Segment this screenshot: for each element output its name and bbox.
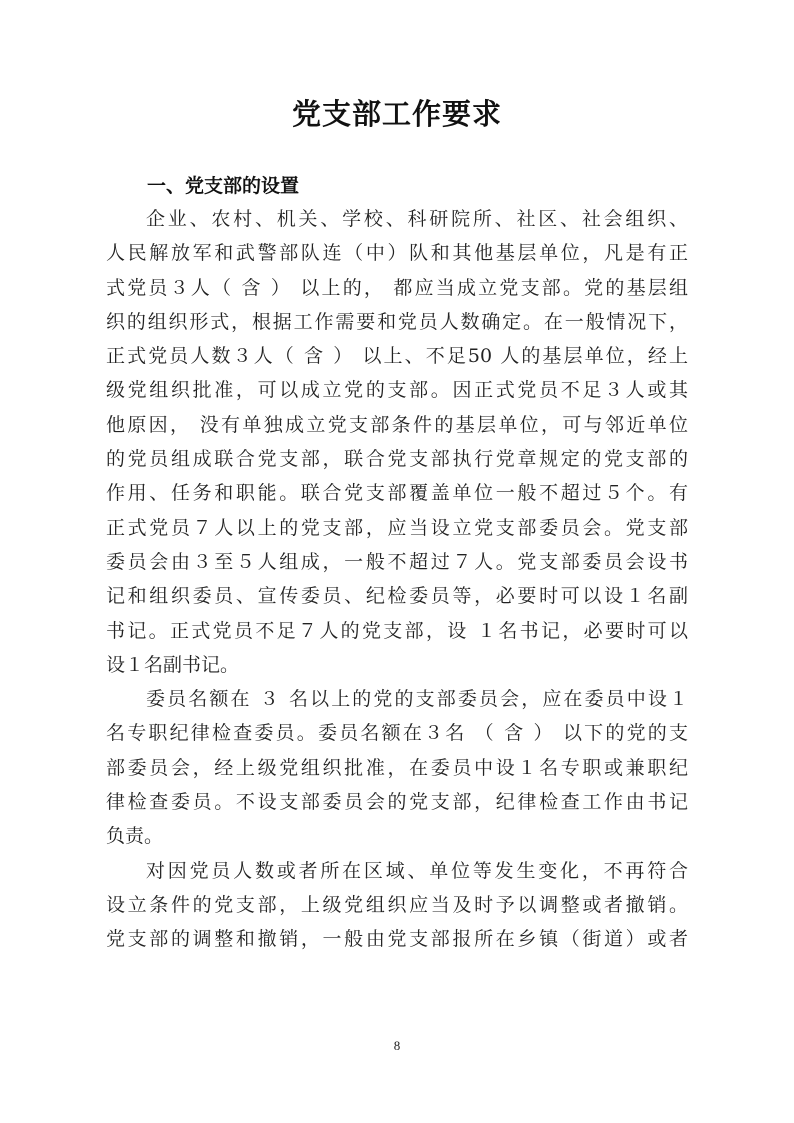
body-line: 级党组织批准，可以成立党的支部。因正式党员不足３人或其 [106,373,688,407]
body-line: 委员名额在 ３ 名以上的党的支部委员会，应在委员中设１ [106,682,688,716]
body-line: 的党员组成联合党支部，联合党支部执行党章规定的党支部的 [106,442,688,476]
body-line: 人民解放军和武警部队连（中）队和其他基层单位，凡是有正 [106,236,688,270]
page-title: 党支部工作要求 [0,92,794,133]
document-body: 企业、农村、机关、学校、科研院所、社区、社会组织、 人民解放军和武警部队连（中）… [106,202,688,957]
page-number: 8 [0,1038,794,1054]
section-heading: 一、党支部的设置 [147,171,299,198]
body-line: 式党员３人（ 含 ） 以上的， 都应当成立党支部。党的基层组 [106,271,688,305]
body-line: 织的组织形式，根据工作需要和党员人数确定。在一般情况下， [106,305,688,339]
body-line: 企业、农村、机关、学校、科研院所、社区、社会组织、 [106,202,688,236]
body-line: 委员会由３至５人组成，一般不超过７人。党支部委员会设书 [106,545,688,579]
body-line: 设立条件的党支部，上级党组织应当及时予以调整或者撤销。 [106,888,688,922]
body-line: 党支部的调整和撤销，一般由党支部报所在乡镇（街道）或者 [106,922,688,956]
body-line: 正式党员７人以上的党支部，应当设立党支部委员会。党支部 [106,511,688,545]
body-line: 对因党员人数或者所在区域、单位等发生变化，不再符合 [106,854,688,888]
body-line: 书记。正式党员不足７人的党支部，设 １名书记，必要时可以 [106,614,688,648]
body-line: 部委员会，经上级党组织批准，在委员中设１名专职或兼职纪 [106,751,688,785]
body-line: 设１名副书记。 [106,648,688,682]
body-line: 正式党员人数３人（ 含 ） 以上、不足50 人的基层单位，经上 [106,339,688,373]
body-line: 记和组织委员、宣传委员、纪检委员等，必要时可以设１名副 [106,579,688,613]
body-line: 律检查委员。不设支部委员会的党支部，纪律检查工作由书记 [106,785,688,819]
body-line: 负责。 [106,819,688,853]
body-line: 名专职纪律检查委员。委员名额在３名 （ 含 ） 以下的党的支 [106,716,688,750]
body-line: 他原因， 没有单独成立党支部条件的基层单位，可与邻近单位 [106,408,688,442]
document-page: 党支部工作要求 一、党支部的设置 企业、农村、机关、学校、科研院所、社区、社会组… [0,0,794,1123]
body-line: 作用、任务和职能。联合党支部覆盖单位一般不超过５个。有 [106,476,688,510]
